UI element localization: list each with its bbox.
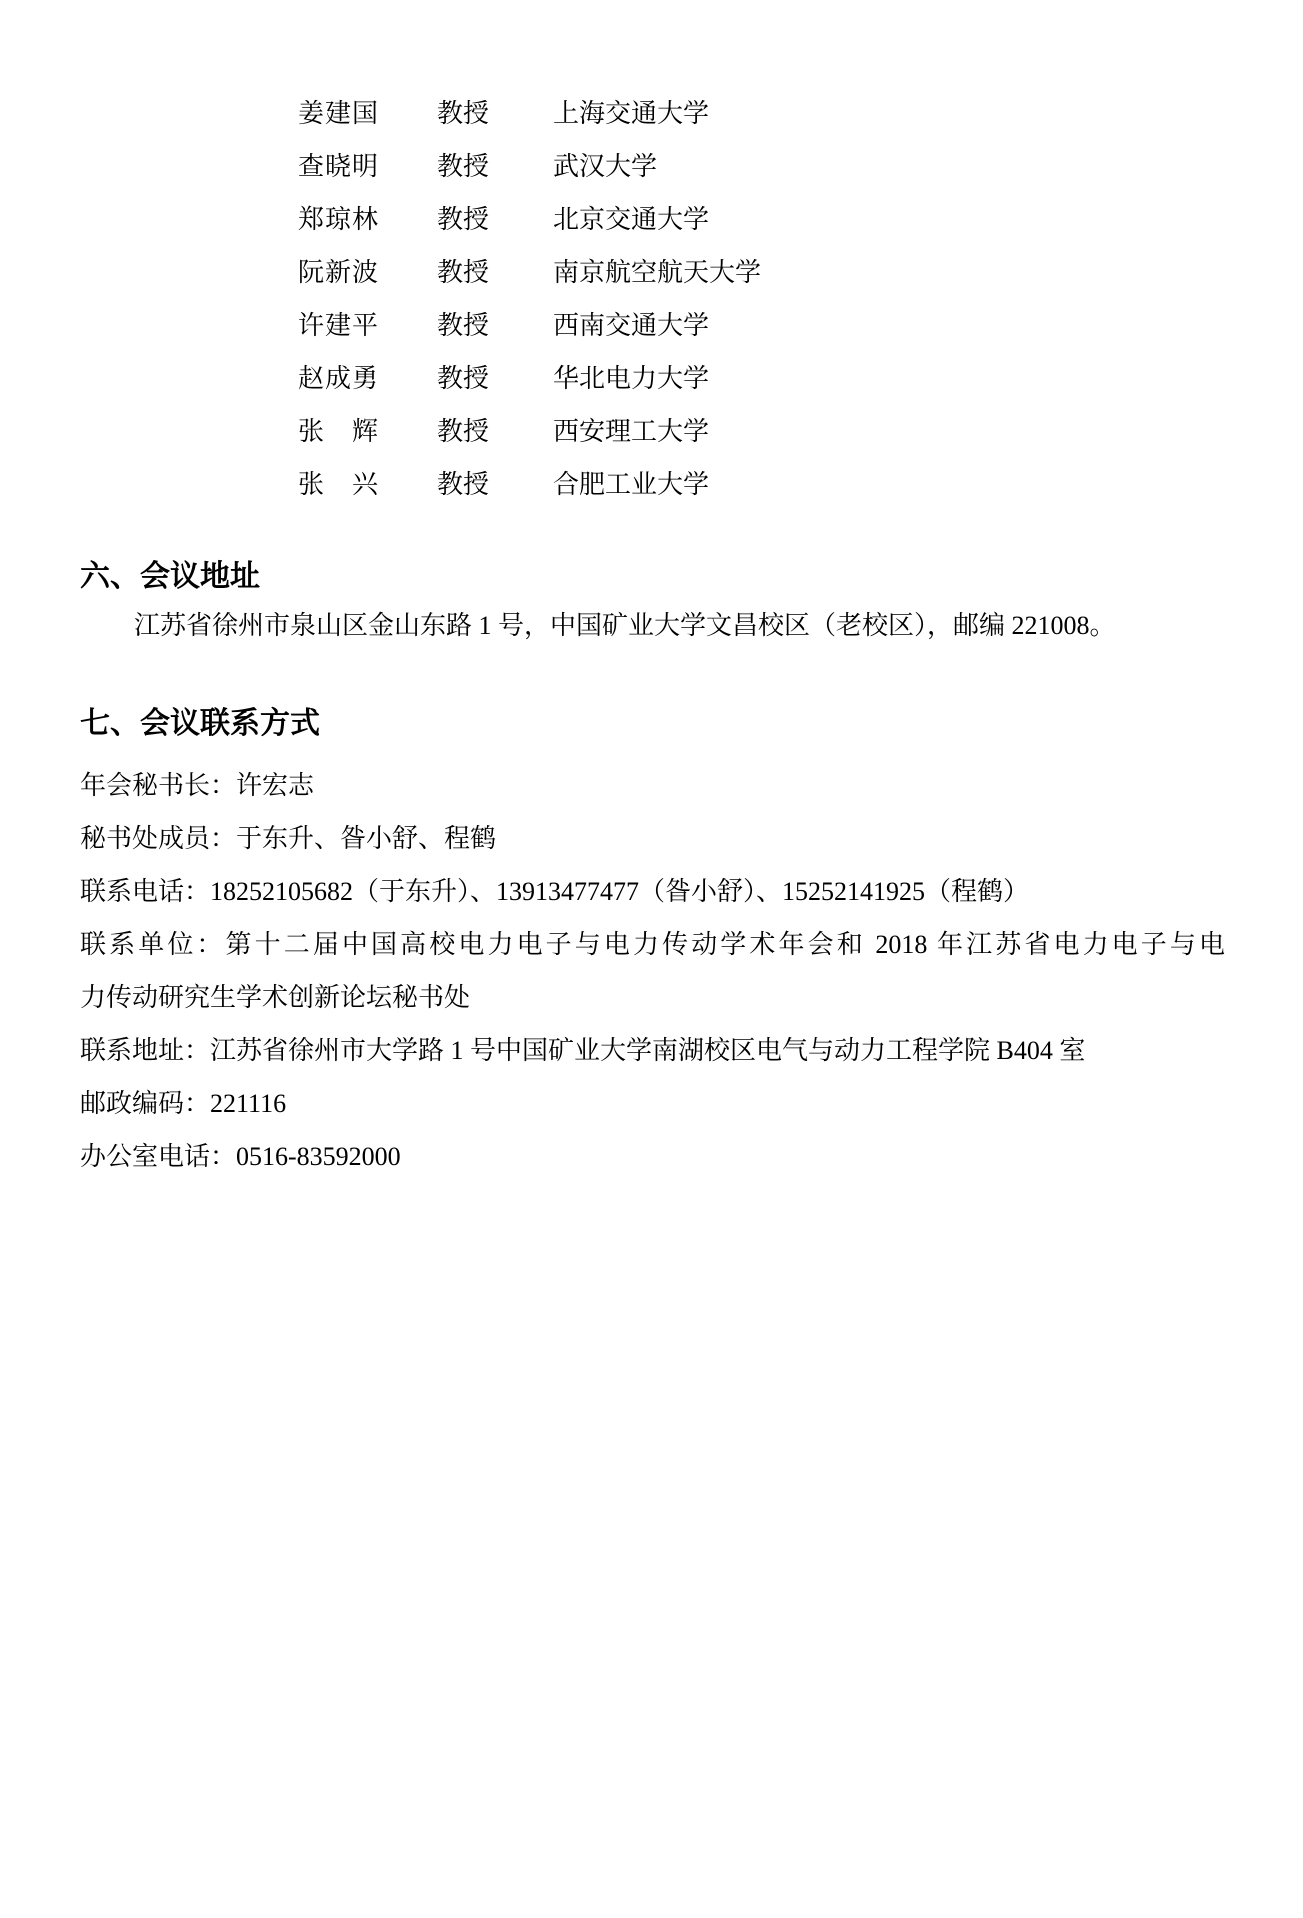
member-affiliation: 合肥工业大学 <box>553 458 709 511</box>
member-affiliation: 华北电力大学 <box>553 352 709 405</box>
member-title: 教授 <box>437 405 491 458</box>
member-title: 教授 <box>437 87 491 140</box>
member-affiliation: 西安理工大学 <box>553 405 709 458</box>
contact-address-line: 联系地址：江苏省徐州市大学路 1 号中国矿业大学南湖校区电气与动力工程学院 B4… <box>80 1024 1225 1077</box>
member-affiliation: 武汉大学 <box>553 140 657 193</box>
section-heading-contact: 七、会议联系方式 <box>80 702 1225 746</box>
member-title: 教授 <box>437 299 491 352</box>
member-name: 郑琼林 <box>298 193 378 246</box>
contact-office-phone-line: 办公室电话：0516-83592000 <box>80 1130 1225 1183</box>
document-page: 姜建国 教授 上海交通大学 查晓明 教授 武汉大学 郑琼林 教授 北京交通大学 … <box>0 0 1303 1918</box>
committee-member-table: 姜建国 教授 上海交通大学 查晓明 教授 武汉大学 郑琼林 教授 北京交通大学 … <box>80 87 1225 511</box>
table-row: 姜建国 教授 上海交通大学 <box>298 87 1225 140</box>
member-title: 教授 <box>437 140 491 193</box>
contact-organization-line-2: 力传动研究生学术创新论坛秘书处 <box>80 971 1225 1024</box>
member-title: 教授 <box>437 193 491 246</box>
table-row: 查晓明 教授 武汉大学 <box>298 140 1225 193</box>
table-row: 郑琼林 教授 北京交通大学 <box>298 193 1225 246</box>
member-title: 教授 <box>437 246 491 299</box>
contact-postal-code-line: 邮政编码：221116 <box>80 1077 1225 1130</box>
member-name: 查晓明 <box>298 140 378 193</box>
member-name: 张 辉 <box>298 405 378 458</box>
member-title: 教授 <box>437 352 491 405</box>
contact-secretary-general-line: 年会秘书长：许宏志 <box>80 759 1225 812</box>
table-row: 赵成勇 教授 华北电力大学 <box>298 352 1225 405</box>
table-row: 阮新波 教授 南京航空航天大学 <box>298 246 1225 299</box>
member-name: 姜建国 <box>298 87 378 140</box>
venue-address-text: 江苏省徐州市泉山区金山东路 1 号，中国矿业大学文昌校区（老校区），邮编 221… <box>80 599 1225 652</box>
section-heading-venue: 六、会议地址 <box>80 555 1225 599</box>
table-row: 张 辉 教授 西安理工大学 <box>298 405 1225 458</box>
member-name: 赵成勇 <box>298 352 378 405</box>
member-affiliation: 北京交通大学 <box>553 193 709 246</box>
table-row: 张 兴 教授 合肥工业大学 <box>298 458 1225 511</box>
member-affiliation: 南京航空航天大学 <box>553 246 761 299</box>
member-affiliation: 上海交通大学 <box>553 87 709 140</box>
member-name: 阮新波 <box>298 246 378 299</box>
contact-secretariat-members-line: 秘书处成员：于东升、昝小舒、程鹤 <box>80 812 1225 865</box>
contact-organization-line-1: 联系单位：第十二届中国高校电力电子与电力传动学术年会和 2018 年江苏省电力电… <box>80 918 1225 971</box>
member-title: 教授 <box>437 458 491 511</box>
member-name: 张 兴 <box>298 458 378 511</box>
member-name: 许建平 <box>298 299 378 352</box>
table-row: 许建平 教授 西南交通大学 <box>298 299 1225 352</box>
member-affiliation: 西南交通大学 <box>553 299 709 352</box>
contact-info-block: 年会秘书长：许宏志 秘书处成员：于东升、昝小舒、程鹤 联系电话：18252105… <box>80 759 1225 1183</box>
contact-phone-line: 联系电话：18252105682（于东升）、13913477477（昝小舒）、1… <box>80 865 1225 918</box>
